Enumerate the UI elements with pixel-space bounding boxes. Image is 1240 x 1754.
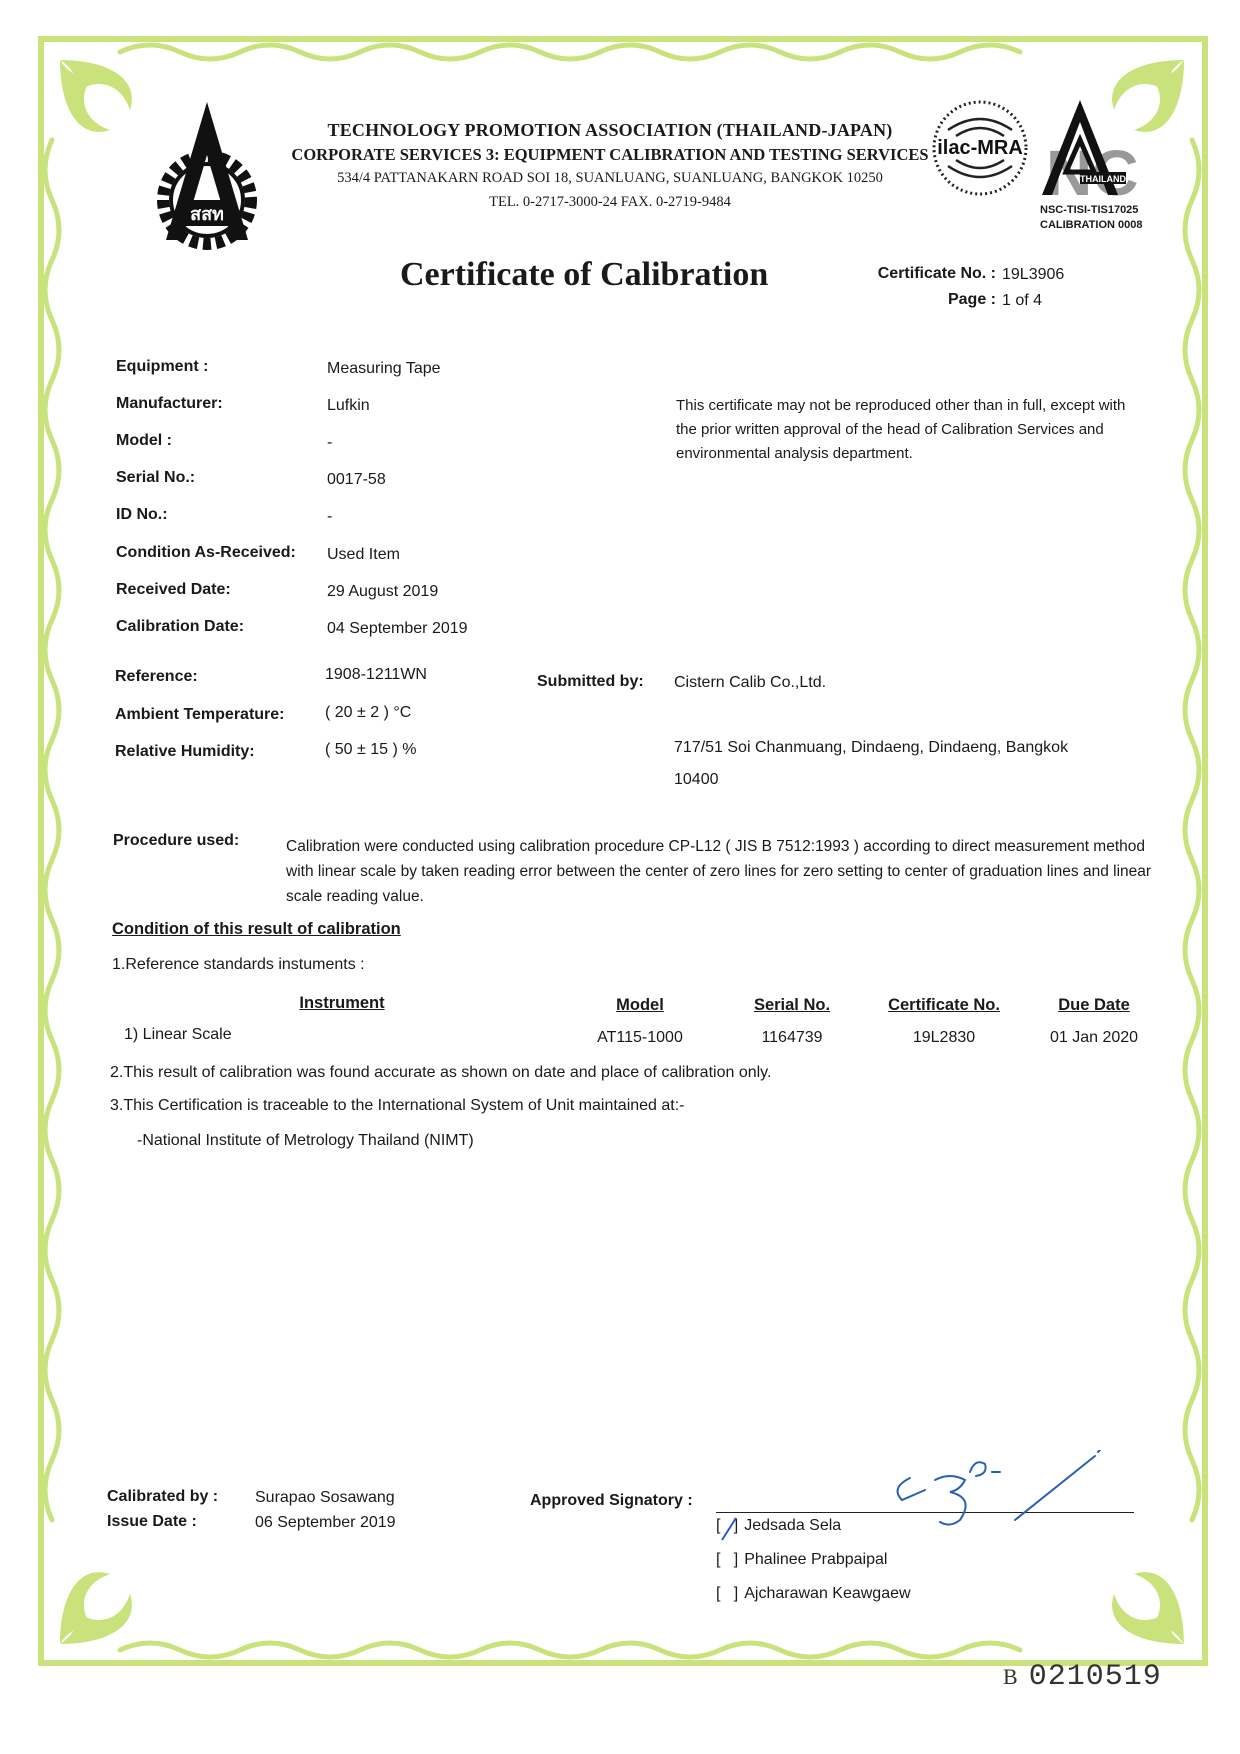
approved-signatory-label: Approved Signatory : — [530, 1492, 693, 1510]
certificate-number: 19L3906 — [1002, 266, 1064, 284]
environment-label: Relative Humidity: — [115, 743, 255, 761]
environment-value: ( 50 ± 15 ) % — [325, 741, 416, 759]
organization-division: CORPORATE SERVICES 3: EQUIPMENT CALIBRAT… — [270, 145, 950, 165]
environment-value: 1908-1211WN — [325, 666, 427, 684]
signatory-name: Phalinee Prabpaipal — [744, 1551, 887, 1569]
organization-address: 534/4 PATTANAKARN ROAD SOI 18, SUANLUANG… — [280, 170, 940, 187]
signatory-name: Jedsada Sela — [744, 1517, 841, 1535]
page-title: Certificate of Calibration — [400, 256, 768, 294]
calibrated-by-label: Calibrated by : — [107, 1488, 218, 1506]
table-header: Due Date — [1004, 996, 1184, 1015]
field-value: Lufkin — [327, 397, 370, 415]
svg-text:THAILAND: THAILAND — [1080, 174, 1126, 184]
field-value: - — [327, 434, 332, 452]
field-value: - — [327, 508, 332, 526]
issue-date: 06 September 2019 — [255, 1514, 396, 1532]
condition-item-2: 2.This result of calibration was found a… — [110, 1064, 771, 1082]
signature-icon — [880, 1450, 1110, 1530]
signatory-option[interactable]: [ ]Phalinee Prabpaipal — [716, 1551, 887, 1569]
field-label: Calibration Date: — [116, 618, 244, 636]
field-value: Used Item — [327, 546, 400, 564]
signatory-checkbox[interactable]: [ ] — [716, 1551, 738, 1569]
field-value: 0017-58 — [327, 471, 386, 489]
ilac-mra-logo-icon: ilac-MRA — [930, 98, 1030, 198]
accreditation-standard: NSC-TISI-TIS17025 — [1040, 203, 1142, 218]
checkmark-icon — [718, 1516, 740, 1542]
nac-thailand-logo-icon: NC THAILAND — [1040, 100, 1152, 200]
accreditation-number: CALIBRATION 0008 — [1040, 218, 1142, 233]
traceability-institute: -National Institute of Metrology Thailan… — [137, 1132, 474, 1150]
issue-date-label: Issue Date : — [107, 1513, 197, 1531]
condition-item-1: 1.Reference standards instuments : — [112, 956, 365, 974]
environment-label: Reference: — [115, 668, 198, 686]
procedure-text: Calibration were conducted using calibra… — [286, 834, 1166, 909]
table-header: Instrument — [252, 994, 432, 1013]
submitted-by-company: Cistern Calib Co.,Ltd. — [674, 674, 826, 692]
organization-contact: TEL. 0-2717-3000-24 FAX. 0-2719-9484 — [290, 194, 930, 211]
field-value: 29 August 2019 — [327, 583, 438, 601]
table-cell: 1) Linear Scale — [124, 1026, 232, 1044]
tpa-logo-icon: สสท — [148, 100, 266, 250]
svg-text:ilac-MRA: ilac-MRA — [937, 137, 1023, 159]
signatory-checkbox[interactable]: [ ] — [716, 1585, 738, 1603]
field-label: ID No.: — [116, 506, 168, 524]
table-cell: 01 Jan 2020 — [1004, 1029, 1184, 1047]
serial-prefix: B — [1003, 1664, 1019, 1689]
field-label: Received Date: — [116, 581, 231, 599]
reproduction-note: This certificate may not be reproduced o… — [676, 394, 1146, 466]
field-label: Equipment : — [116, 358, 208, 376]
field-value: 04 September 2019 — [327, 620, 468, 638]
certificate-number-label: Certificate No. : — [850, 265, 996, 283]
organization-name: TECHNOLOGY PROMOTION ASSOCIATION (THAILA… — [290, 120, 930, 141]
signatory-name: Ajcharawan Keawgaew — [744, 1585, 910, 1603]
conditions-title: Condition of this result of calibration — [112, 920, 401, 939]
field-label: Model : — [116, 432, 172, 450]
field-value: Measuring Tape — [327, 360, 441, 378]
accreditation-info: NSC-TISI-TIS17025 CALIBRATION 0008 — [1040, 203, 1142, 233]
calibrated-by-name: Surapao Sosawang — [255, 1489, 395, 1507]
svg-text:สสท: สสท — [190, 204, 224, 225]
submitted-by-postcode: 10400 — [674, 771, 719, 789]
environment-value: ( 20 ± 2 ) °C — [325, 704, 411, 722]
submitted-by-label: Submitted by: — [537, 673, 644, 691]
signatory-option[interactable]: [ ]Ajcharawan Keawgaew — [716, 1585, 911, 1603]
serial-digits: 0210519 — [1029, 1660, 1162, 1694]
page-number: 1 of 4 — [1002, 292, 1042, 310]
environment-label: Ambient Temperature: — [115, 706, 285, 724]
procedure-label: Procedure used: — [113, 832, 239, 850]
submitted-by-address: 717/51 Soi Chanmuang, Dindaeng, Dindaeng… — [674, 739, 1068, 757]
certificate-serial-number: B0210519 — [1003, 1660, 1162, 1694]
page-label: Page : — [850, 291, 996, 309]
field-label: Condition As-Received: — [116, 544, 296, 562]
condition-item-3: 3.This Certification is traceable to the… — [110, 1097, 685, 1115]
field-label: Serial No.: — [116, 469, 195, 487]
field-label: Manufacturer: — [116, 395, 223, 413]
